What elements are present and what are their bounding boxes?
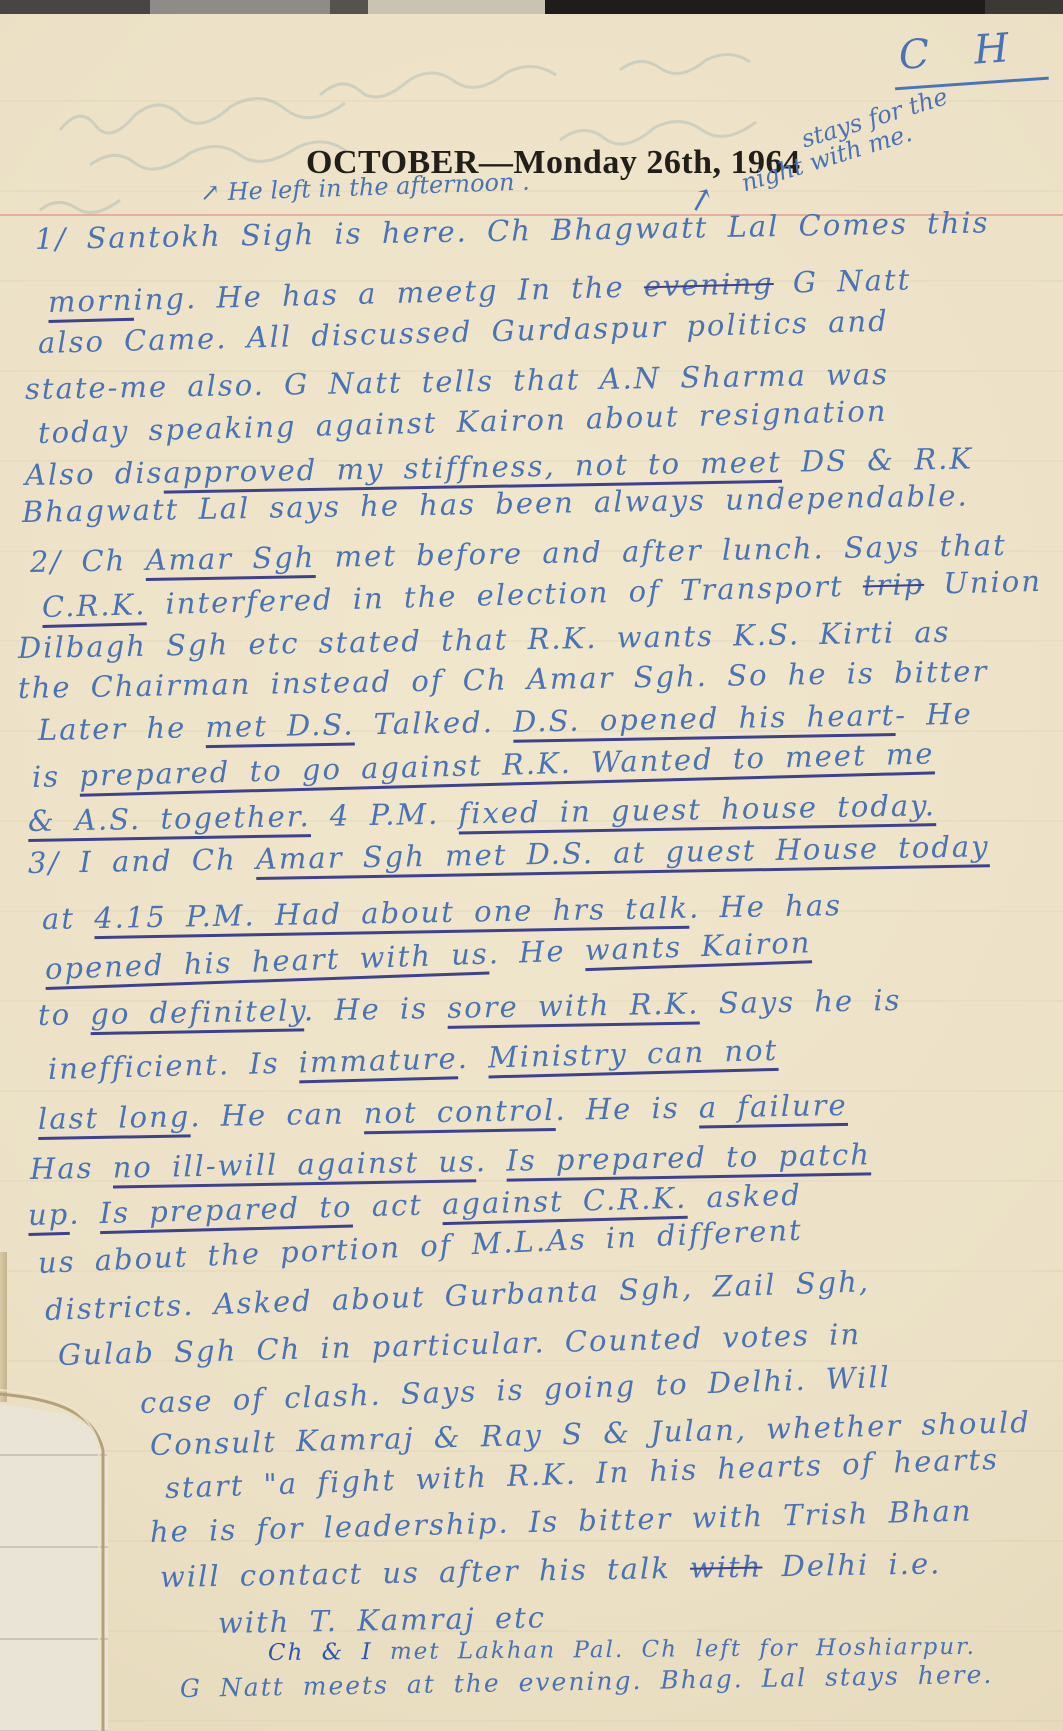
phrase: Has [30, 1151, 113, 1186]
phrase: . He has [689, 888, 843, 925]
handwriting-line: inefficient. Is immature. Ministry can n… [48, 1033, 779, 1086]
underlined-phrase: fixed in guest house today. [458, 788, 936, 830]
phrase: to [38, 997, 91, 1032]
phrase: ing. He has a meetg In the [133, 269, 644, 316]
phrase: 2/ Ch [30, 543, 146, 579]
underlined-phrase: & A.S. together. [28, 799, 311, 838]
phrase: inefficient. Is [48, 1045, 300, 1086]
phrase: act [352, 1187, 442, 1223]
phrase: is [32, 759, 80, 794]
scanner-edge-strip [0, 0, 1063, 14]
handwriting-line: & A.S. together. 4 P.M. fixed in guest h… [28, 788, 936, 838]
phrase: he is for leadership. Is bitter with Tri… [150, 1493, 973, 1549]
phrase: 3/ I and Ch [28, 842, 257, 880]
struck-phrase: evening [643, 266, 774, 303]
phrase: DS & R.K [781, 441, 973, 478]
underlined-phrase: wants Kairon [584, 925, 812, 967]
underlined-phrase: morn [48, 283, 134, 319]
struck-phrase: with [690, 1549, 763, 1584]
underlined-phrase: go definitely [90, 993, 304, 1031]
underlined-phrase: Is prepared to [99, 1190, 353, 1231]
phrase: will contact us after his talk [160, 1551, 691, 1594]
phrase: . [457, 1040, 488, 1075]
phrase: Gulab Sgh Ch in particular. Counted vote… [58, 1317, 862, 1372]
phrase: Also dis [25, 456, 164, 492]
underlined-phrase: Is prepared to patch [506, 1137, 871, 1177]
underlined-phrase: met D.S. [205, 707, 355, 744]
phrase: with T. Kamraj etc [218, 1600, 547, 1640]
underlined-phrase: a failure [699, 1088, 848, 1125]
phrase: Later he [38, 710, 206, 747]
underlined-phrase: C.R.K. [42, 587, 147, 624]
underlined-phrase: opened his heart with us [44, 937, 489, 986]
phrase: met Lakhan Pal. Ch left for Hoshiarpur. [390, 1634, 976, 1665]
phrase: Union [924, 564, 1043, 601]
phrase: Says he is [699, 983, 902, 1021]
phrase: . He can [190, 1096, 364, 1133]
underlined-phrase: Amar Sgh [145, 540, 315, 577]
struck-phrase: trip [862, 567, 924, 603]
handwriting-line: last long. He can not control. He is a f… [38, 1088, 848, 1136]
phrase: asked [687, 1178, 803, 1215]
diary-scan-page: { "page": { "corner_mark": "C H", "print… [0, 0, 1063, 1731]
underlined-phrase: not control [363, 1093, 555, 1130]
phrase: . [69, 1196, 100, 1231]
phrase: 4 P.M. [310, 796, 458, 833]
underlined-phrase: prepared to go against R.K. Wanted to me… [79, 736, 935, 792]
handwriting-line: Gulab Sgh Ch in particular. Counted vote… [58, 1317, 862, 1372]
phrase: . He [488, 933, 585, 970]
phrase: G Natt meets at the evening. Bhag. Lal s… [180, 1660, 994, 1703]
phrase: interfered in the election of Transport [146, 569, 863, 622]
phrase: . [476, 1144, 507, 1179]
handwriting-line: G Natt meets at the evening. Bhag. Lal s… [180, 1660, 994, 1703]
underlined-phrase: Amar Sgh met D.S. at guest House today [256, 829, 990, 876]
handwriting-line: 3/ I and Ch Amar Sgh met D.S. at guest H… [28, 829, 990, 880]
underlined-phrase: 4.15 P.M. Had about one hrs talk [94, 891, 689, 935]
handwriting-line: with T. Kamraj etc [218, 1600, 547, 1640]
phrase: - He [895, 697, 973, 732]
underlined-phrase: against C.R.K. [442, 1181, 688, 1221]
underlined-phrase: no ill-will against us [112, 1144, 476, 1184]
handwriting-line: to go definitely. He is sore with R.K. S… [38, 983, 902, 1032]
phrase: G Natt [773, 262, 911, 300]
underlined-phrase: D.S. opened his heart [513, 698, 896, 739]
phrase: . He is [304, 991, 448, 1027]
phrase: Ch & I [268, 1639, 390, 1666]
phrase: . He is [555, 1090, 699, 1126]
handwriting-line: 1/ Santokh Sigh is here. Ch Bhagwatt Lal… [35, 205, 990, 256]
phrase: Delhi i.e. [762, 1546, 942, 1583]
underlined-phrase: up [28, 1197, 70, 1232]
phrase: Talked. [354, 705, 513, 742]
underlined-phrase: Ministry can not [488, 1033, 779, 1075]
underlined-phrase: last long [38, 1099, 191, 1136]
handwriting-line: opened his heart with us. He wants Kairo… [44, 925, 812, 986]
underlined-phrase: sore with R.K. [447, 986, 700, 1024]
phrase: 1/ Santokh Sigh is here. Ch Bhagwatt Lal… [35, 205, 990, 256]
underlined-phrase: immature [298, 1041, 458, 1079]
handwriting-line: he is for leadership. Is bitter with Tri… [150, 1493, 973, 1549]
handwriting-line: will contact us after his talk with Delh… [160, 1546, 942, 1594]
handwriting-body: 1/ Santokh Sigh is here. Ch Bhagwatt Lal… [0, 0, 1063, 1731]
phrase: at [42, 901, 95, 936]
handwriting-line: is prepared to go against R.K. Wanted to… [32, 736, 935, 794]
